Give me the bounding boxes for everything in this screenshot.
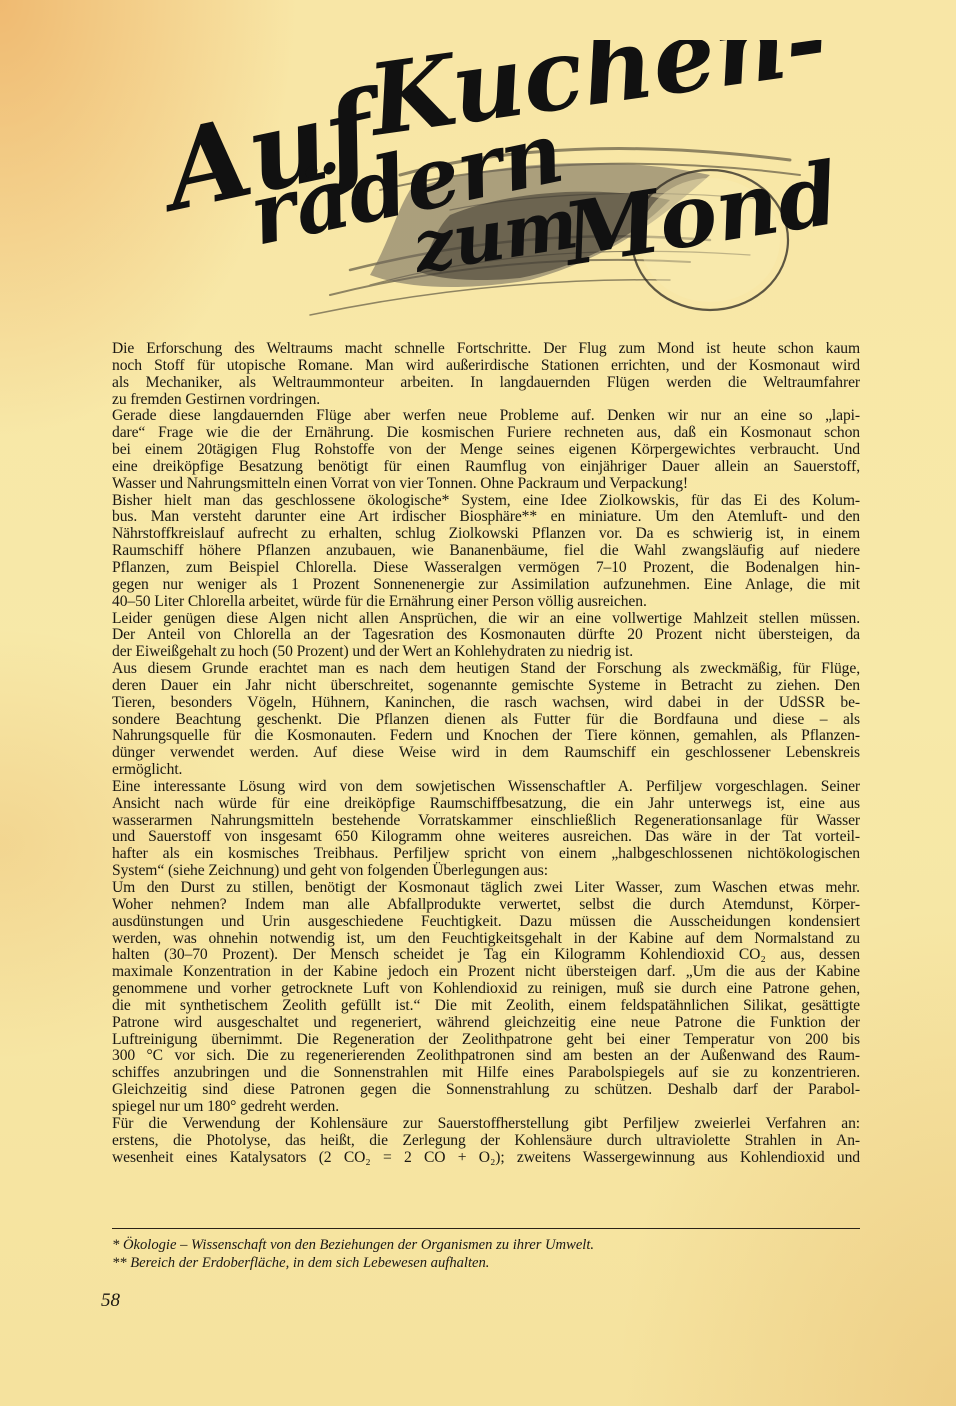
text-line: hafter als ein kosmisches Treibhaus. Per…: [112, 846, 860, 863]
footnote-1: * Ökologie – Wissenschaft von den Bezieh…: [112, 1236, 860, 1254]
text-line: Gleichzeitig sind diese Patronen gegen d…: [112, 1082, 860, 1099]
article-paragraph: Aus diesem Grunde erachtet man es nach d…: [112, 661, 860, 779]
text-line: Pflanzen, zum Beispiel Chlorella. Diese …: [112, 560, 860, 577]
text-line: Aus diesem Grunde erachtet man es nach d…: [112, 661, 860, 678]
text-line: bus. Man versteht darunter eine Art irdi…: [112, 509, 860, 526]
text-line: und Sauerstoff von insgesamt 650 Kilogra…: [112, 829, 860, 846]
text-line: eine dreiköpfige Besatzung benötigt für …: [112, 459, 860, 476]
text-line: Bisher hielt man das geschlossene ökolog…: [112, 493, 860, 510]
text-line: Nahrungsquelle für die Kosmonauten. Fede…: [112, 728, 860, 745]
text-line: zu fremden Gestirnen vordringen.: [112, 392, 860, 409]
text-line: Luftreinigung übernimmt. Die Regeneratio…: [112, 1032, 860, 1049]
article-paragraph: Eine interessante Lösung wird von dem so…: [112, 779, 860, 880]
text-line: Gerade diese langdauernden Flüge aber we…: [112, 408, 860, 425]
text-line: Der Anteil von Chlorella an der Tagesrat…: [112, 627, 860, 644]
text-line: Eine interessante Lösung wird von dem so…: [112, 779, 860, 796]
article-paragraph: Um den Durst zu stillen, benötigt der Ko…: [112, 880, 860, 1116]
footnote-divider: [112, 1228, 860, 1229]
text-line: die mit synthetischem Zeolith gefüllt is…: [112, 998, 860, 1015]
text-line: spiegel nur um 180° gedreht werden.: [112, 1099, 860, 1116]
text-line: Um den Durst zu stillen, benötigt der Ko…: [112, 880, 860, 897]
text-line: ermöglicht.: [112, 762, 860, 779]
text-line: als Mechaniker, als Weltraummonteur arbe…: [112, 375, 860, 392]
page-number: 58: [101, 1290, 120, 1312]
moon-brush-illustration: Auf Kuchen- rädern zum Mond: [150, 40, 850, 340]
text-line: genommene und vorher getrocknete Luft vo…: [112, 981, 860, 998]
text-line: Ansicht nach würde für eine dreiköpfige …: [112, 796, 860, 813]
text-line: Für die Verwendung der Kohlensäure zur S…: [112, 1116, 860, 1133]
footnotes: * Ökologie – Wissenschaft von den Bezieh…: [112, 1236, 860, 1272]
text-line: erstens, die Photolyse, das heißt, die Z…: [112, 1133, 860, 1150]
text-line: Raumschiff höhere Pflanzen anzubauen, wi…: [112, 543, 860, 560]
text-line: bei einem 20tägigen Flug Rohstoffe von d…: [112, 442, 860, 459]
text-line: Leider genügen diese Algen nicht allen A…: [112, 611, 860, 628]
text-line: System“ (siehe Zeichnung) und geht von f…: [112, 863, 860, 880]
article-paragraph: Gerade diese langdauernden Flüge aber we…: [112, 408, 860, 492]
text-line: Tieren, besonders Vögeln, Hühnern, Kanin…: [112, 695, 860, 712]
footnote-2: ** Bereich der Erdoberfläche, in dem sic…: [112, 1254, 860, 1272]
article-paragraph: Bisher hielt man das geschlossene ökolog…: [112, 493, 860, 611]
magazine-page: Auf Kuchen- rädern zum Mond Die Erforsch…: [0, 0, 956, 1406]
text-line: Woher nehmen? Indem man alle Abfallprodu…: [112, 897, 860, 914]
text-line: wasserarmen Nahrungsmitteln bestehende V…: [112, 813, 860, 830]
article-paragraph: Leider genügen diese Algen nicht allen A…: [112, 611, 860, 662]
text-line: dare“ Frage wie die der Ernährung. Die k…: [112, 425, 860, 442]
text-line: halten (30–70 Prozent). Der Mensch schei…: [112, 947, 860, 964]
text-line: wesenheit eines Katalysators (2 CO₂ = 2 …: [112, 1150, 860, 1167]
article-paragraph: Für die Verwendung der Kohlensäure zur S…: [112, 1116, 860, 1167]
title-artwork: Auf Kuchen- rädern zum Mond: [150, 40, 850, 340]
text-line: maximale Konzentration in der Kabine jed…: [112, 964, 860, 981]
text-line: gegen nur weniger als 1 Prozent Sonnenen…: [112, 577, 860, 594]
text-line: Wasser und Nahrungsmitteln einen Vorrat …: [112, 476, 860, 493]
text-line: 40–50 Liter Chlorella arbeitet, würde fü…: [112, 594, 860, 611]
article-paragraph: Die Erforschung des Weltraums macht schn…: [112, 341, 860, 408]
text-line: Nährstoffkreislauf aufrecht zu erhalten,…: [112, 526, 860, 543]
article-body: Die Erforschung des Weltraums macht schn…: [112, 341, 860, 1166]
text-line: 300 °C vor sich. Die zu regenerierenden …: [112, 1048, 860, 1065]
text-line: deren Dauer ein Jahr nicht überschreitet…: [112, 678, 860, 695]
text-line: werden, was ohnehin notwendig ist, um de…: [112, 931, 860, 948]
text-line: ausdünstungen und Urin ausgeschiedene Fe…: [112, 914, 860, 931]
text-line: Patrone wird ausgeschaltet und regenerie…: [112, 1015, 860, 1032]
text-line: der Eiweißgehalt zu hoch (50 Prozent) un…: [112, 644, 860, 661]
text-line: dünger verwendet werden. Auf diese Weise…: [112, 745, 860, 762]
text-line: noch Stoff für utopische Romane. Man wir…: [112, 358, 860, 375]
text-line: Die Erforschung des Weltraums macht schn…: [112, 341, 860, 358]
text-line: sondere Beachtung geschenkt. Die Pflanze…: [112, 712, 860, 729]
text-line: schiffes anzubringen und die Sonnenstrah…: [112, 1065, 860, 1082]
